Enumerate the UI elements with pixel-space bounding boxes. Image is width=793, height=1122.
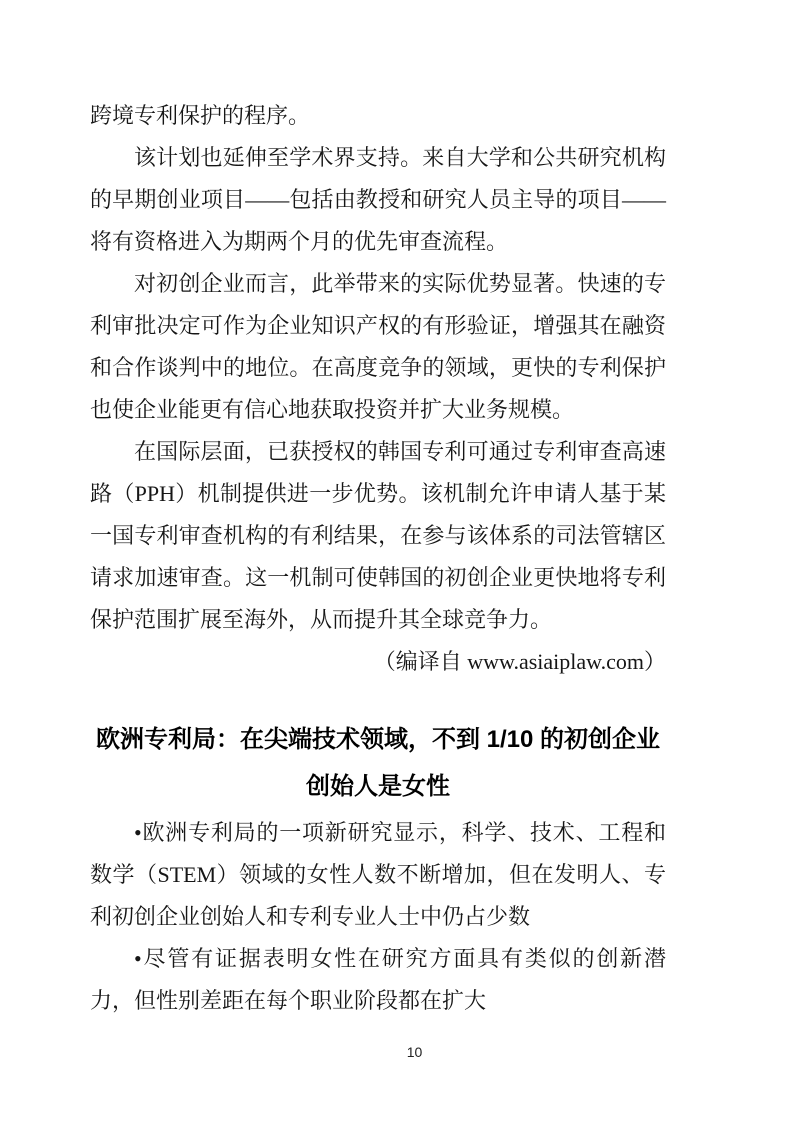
text-column: 跨境专利保护的程序。 该计划也延伸至学术界支持。来自大学和公共研究机构的早期创业… xyxy=(90,95,666,1022)
page-number: 10 xyxy=(0,1042,793,1062)
article-title: 欧洲专利局：在尖端技术领域，不到 1/10 的初创企业创始人是女性 xyxy=(90,716,666,810)
bullet-icon: • xyxy=(134,946,142,971)
bullet-text-gender-gap: 尽管有证据表明女性在研究方面具有类似的创新潜力，但性别差距在每个职业阶段都在扩大 xyxy=(90,946,666,1013)
bullet-item: •欧洲专利局的一项新研究显示，科学、技术、工程和数学（STEM）领域的女性人数不… xyxy=(90,812,666,938)
paragraph-continuation: 跨境专利保护的程序。 xyxy=(90,95,666,137)
bullet-icon: • xyxy=(134,820,142,845)
source-attribution: （编译自 www.asiaiplaw.com） xyxy=(90,641,666,683)
document-page: 跨境专利保护的程序。 该计划也延伸至学术界支持。来自大学和公共研究机构的早期创业… xyxy=(0,0,793,1122)
paragraph-academic-support: 该计划也延伸至学术界支持。来自大学和公共研究机构的早期创业项目——包括由教授和研… xyxy=(90,137,666,263)
bullet-item: •尽管有证据表明女性在研究方面具有类似的创新潜力，但性别差距在每个职业阶段都在扩… xyxy=(90,938,666,1022)
bullet-text-stem: 欧洲专利局的一项新研究显示，科学、技术、工程和数学（STEM）领域的女性人数不断… xyxy=(90,820,666,929)
paragraph-pph-mechanism: 在国际层面，已获授权的韩国专利可通过专利审查高速路（PPH）机制提供进一步优势。… xyxy=(90,431,666,641)
paragraph-startup-benefits: 对初创企业而言，此举带来的实际优势显著。快速的专利审批决定可作为企业知识产权的有… xyxy=(90,263,666,431)
